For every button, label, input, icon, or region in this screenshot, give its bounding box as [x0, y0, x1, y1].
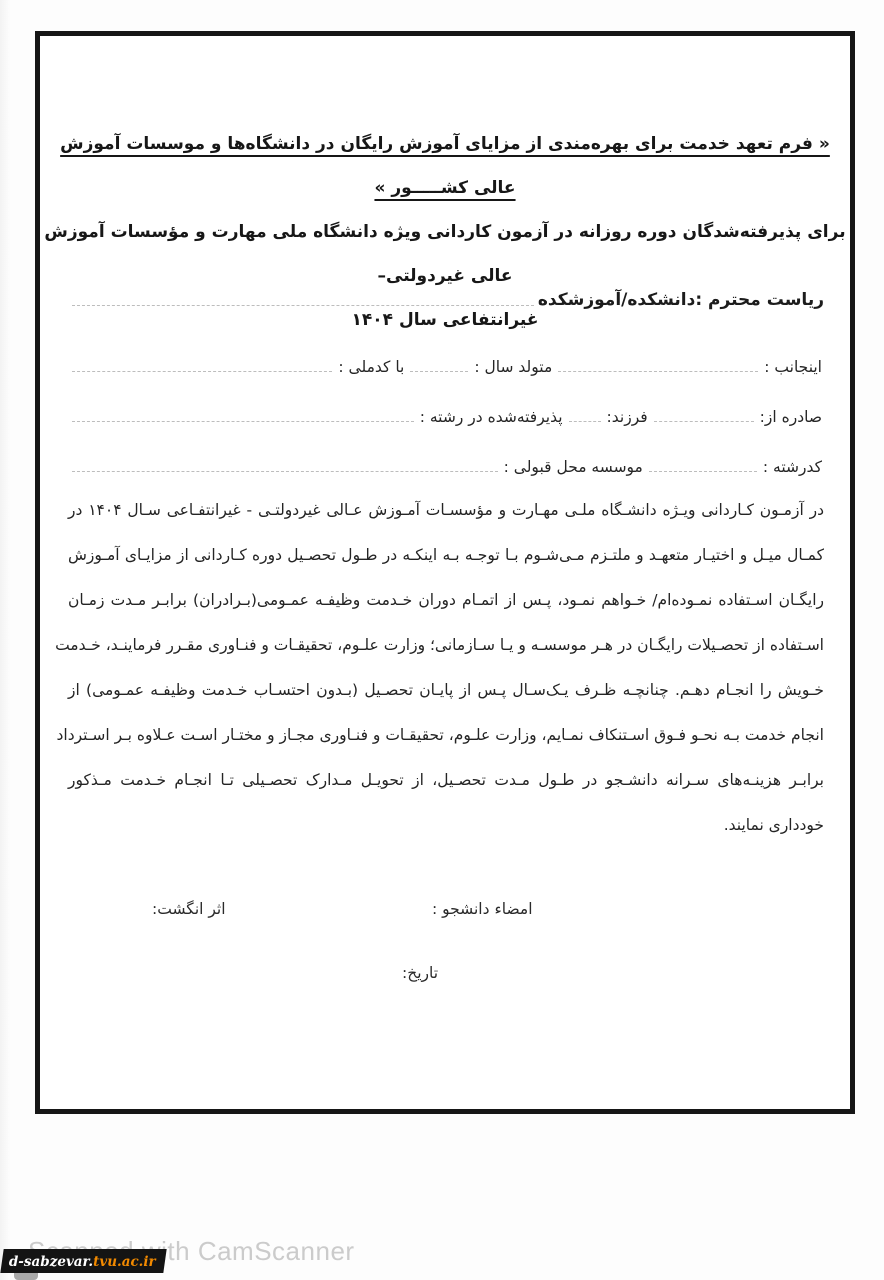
field-label-birth-year: متولد سال : — [472, 358, 554, 376]
field-label-national-id: با کدملی : — [336, 358, 406, 376]
body-line-1: در آزمـون کـاردانی ویـژه دانشـگاه ملـی م… — [68, 488, 824, 533]
body-line-2: کمـال میـل و اختیـار متعهـد و ملتـزم مـی… — [68, 533, 824, 578]
salutation-label: ریاست محترم :دانشکده/آموزشکده — [538, 290, 824, 310]
field-line-issued-from — [654, 410, 754, 422]
salutation-fill-line — [72, 294, 534, 306]
field-line-national-id — [72, 360, 332, 372]
field-label-institution: موسسه محل قبولی : — [502, 458, 645, 476]
field-line-admitted-major — [72, 410, 414, 422]
student-signature-label: امضاء دانشجو : — [432, 900, 533, 918]
field-label-name: اینجانب : — [762, 358, 824, 376]
body-line-7: برابـر هزینـه‌های سـرانه دانشـجو در طـول… — [68, 758, 824, 803]
body-line-6: انجام خدمت بـه نحـو فـوق اسـتنکاف نمـایم… — [68, 713, 824, 758]
field-line-name — [558, 360, 758, 372]
salutation-row: ریاست محترم :دانشکده/آموزشکده — [68, 284, 824, 310]
form-title-line1: « فرم تعهد خدمت برای بهره‌مندی از مزایای… — [40, 122, 850, 210]
body-line-8: خودداری نمایند. — [68, 803, 824, 848]
site-watermark-label: d-sabzevar.tvu.ac.ir — [0, 1249, 166, 1273]
field-row-identity: اینجانب : متولد سال : با کدملی : — [68, 352, 824, 376]
field-row-institution: کدرشته : موسسه محل قبولی : — [68, 452, 824, 476]
document-border-frame: « فرم تعهد خدمت برای بهره‌مندی از مزایای… — [35, 31, 855, 1114]
body-line-5: خـویش را انجـام دهـم. چنانچـه ظـرف یـک‌س… — [68, 668, 824, 713]
scan-edge-shadow — [0, 0, 10, 1280]
field-line-child-of — [569, 410, 601, 422]
field-line-major-code — [649, 460, 757, 472]
field-label-admitted-major: پذیرفته‌شده در رشته : — [418, 408, 565, 426]
site-watermark-part2: tvu.ac.ir — [93, 1254, 156, 1270]
field-line-institution — [72, 460, 498, 472]
field-line-birth-year — [410, 360, 468, 372]
field-label-issued-from: صادره از: — [758, 408, 824, 426]
commitment-paragraph: در آزمـون کـاردانی ویـژه دانشـگاه ملـی م… — [68, 488, 824, 848]
date-label: تاریخ: — [402, 964, 438, 982]
scanned-document-page: { "document": { "title": { "line1": "« ف… — [0, 0, 884, 1280]
body-line-3: رایگـان اسـتفاده نمـوده‌ام/ خـواهم نمـود… — [68, 578, 824, 623]
field-label-child-of: فرزند: — [605, 408, 650, 426]
site-watermark-part1: d-sabzevar. — [9, 1254, 93, 1270]
field-row-admission: صادره از: فرزند: پذیرفته‌شده در رشته : — [68, 402, 824, 426]
field-label-major-code: کدرشته : — [761, 458, 824, 476]
fingerprint-label: اثر انگشت: — [152, 900, 226, 918]
body-line-4: اسـتفاده از تحصـیلات رایگـان در هـر موسس… — [68, 623, 824, 668]
